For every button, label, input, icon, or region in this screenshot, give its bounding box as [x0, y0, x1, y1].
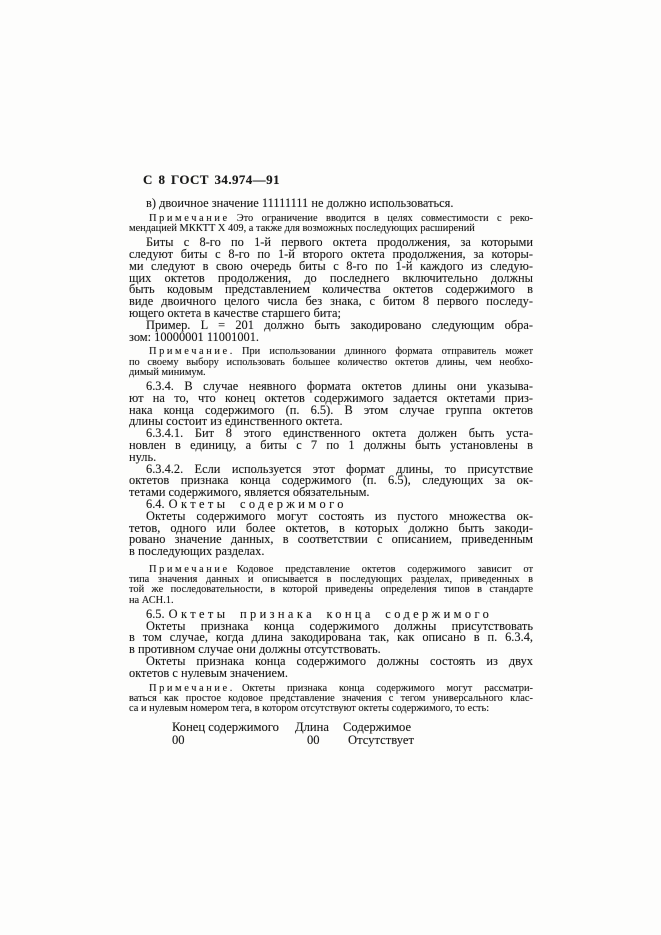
text-line: зом: 10000001 11001001. [129, 332, 533, 344]
paragraph: 6.3.4.2. Если используется этот формат д… [129, 464, 533, 499]
note-block: Примечание.При использовании длинного фо… [129, 347, 533, 378]
note-line: са и нулевым номером тега, в котором отс… [129, 704, 533, 714]
note-label: Примечание. [149, 683, 235, 694]
paragraph: Октеты признака конца содержимого должны… [129, 621, 533, 656]
note-line: той же последовательности, в которой при… [129, 585, 533, 595]
note-block: Примечание.Октеты признака конца содержи… [129, 684, 533, 715]
table-cell: 00 [172, 734, 295, 747]
table-header-cell: Конец содержимого [172, 721, 295, 734]
table-cell: Отсутствует [343, 734, 533, 747]
paragraph: 6.3.4. В случае неявного формата октетов… [129, 381, 533, 428]
paragraph: Октеты содержимого могут состоять из пус… [129, 511, 533, 558]
paragraph: Биты с 8-го по 1-й первого октета продол… [129, 237, 533, 320]
note-line: на АСН.1. [129, 596, 533, 606]
paragraph: 6.3.4.1. Бит 8 этого единственного октет… [129, 428, 533, 463]
paragraph: Октеты признака конца содержимого должны… [129, 656, 533, 680]
paragraph: Пример. L = 201 должно быть закодировано… [129, 320, 533, 344]
text-line: в последующих разделах. [129, 546, 533, 558]
text-line: октетов с нулевым значением. [129, 668, 533, 680]
note-block: ПримечаниеЭто ограничение вводится в цел… [129, 214, 533, 234]
text-line: в) двоичное значение 11111111 не должно … [129, 198, 533, 210]
page-header: С 8 ГОСТ 34.974—91 [143, 172, 280, 188]
paragraph: в) двоичное значение 11111111 не должно … [129, 198, 533, 210]
table-row: 0000Отсутствует [172, 734, 533, 747]
note-label: Примечание. [149, 346, 235, 357]
note-text: При использовании длинного формата отпра… [242, 346, 533, 357]
note-text: Октеты признака конца содержимого могут … [242, 683, 533, 694]
note-line: димый минимум. [129, 368, 533, 378]
text-line: новлен в единицу, а биты с 7 по 1 должны… [129, 440, 533, 452]
scanned-document-page: С 8 ГОСТ 34.974—91 в) двоичное значение … [0, 0, 661, 935]
codes-table: Конец содержимогоДлинаСодержимое0000Отсу… [129, 721, 533, 747]
note-line: мендацией МККТТ X 409, а также для возмо… [129, 224, 533, 234]
note-block: ПримечаниеКодовое представление октетов … [129, 565, 533, 606]
document-body: в) двоичное значение 11111111 не должно … [129, 198, 533, 747]
table-cell: 00 [295, 734, 343, 747]
